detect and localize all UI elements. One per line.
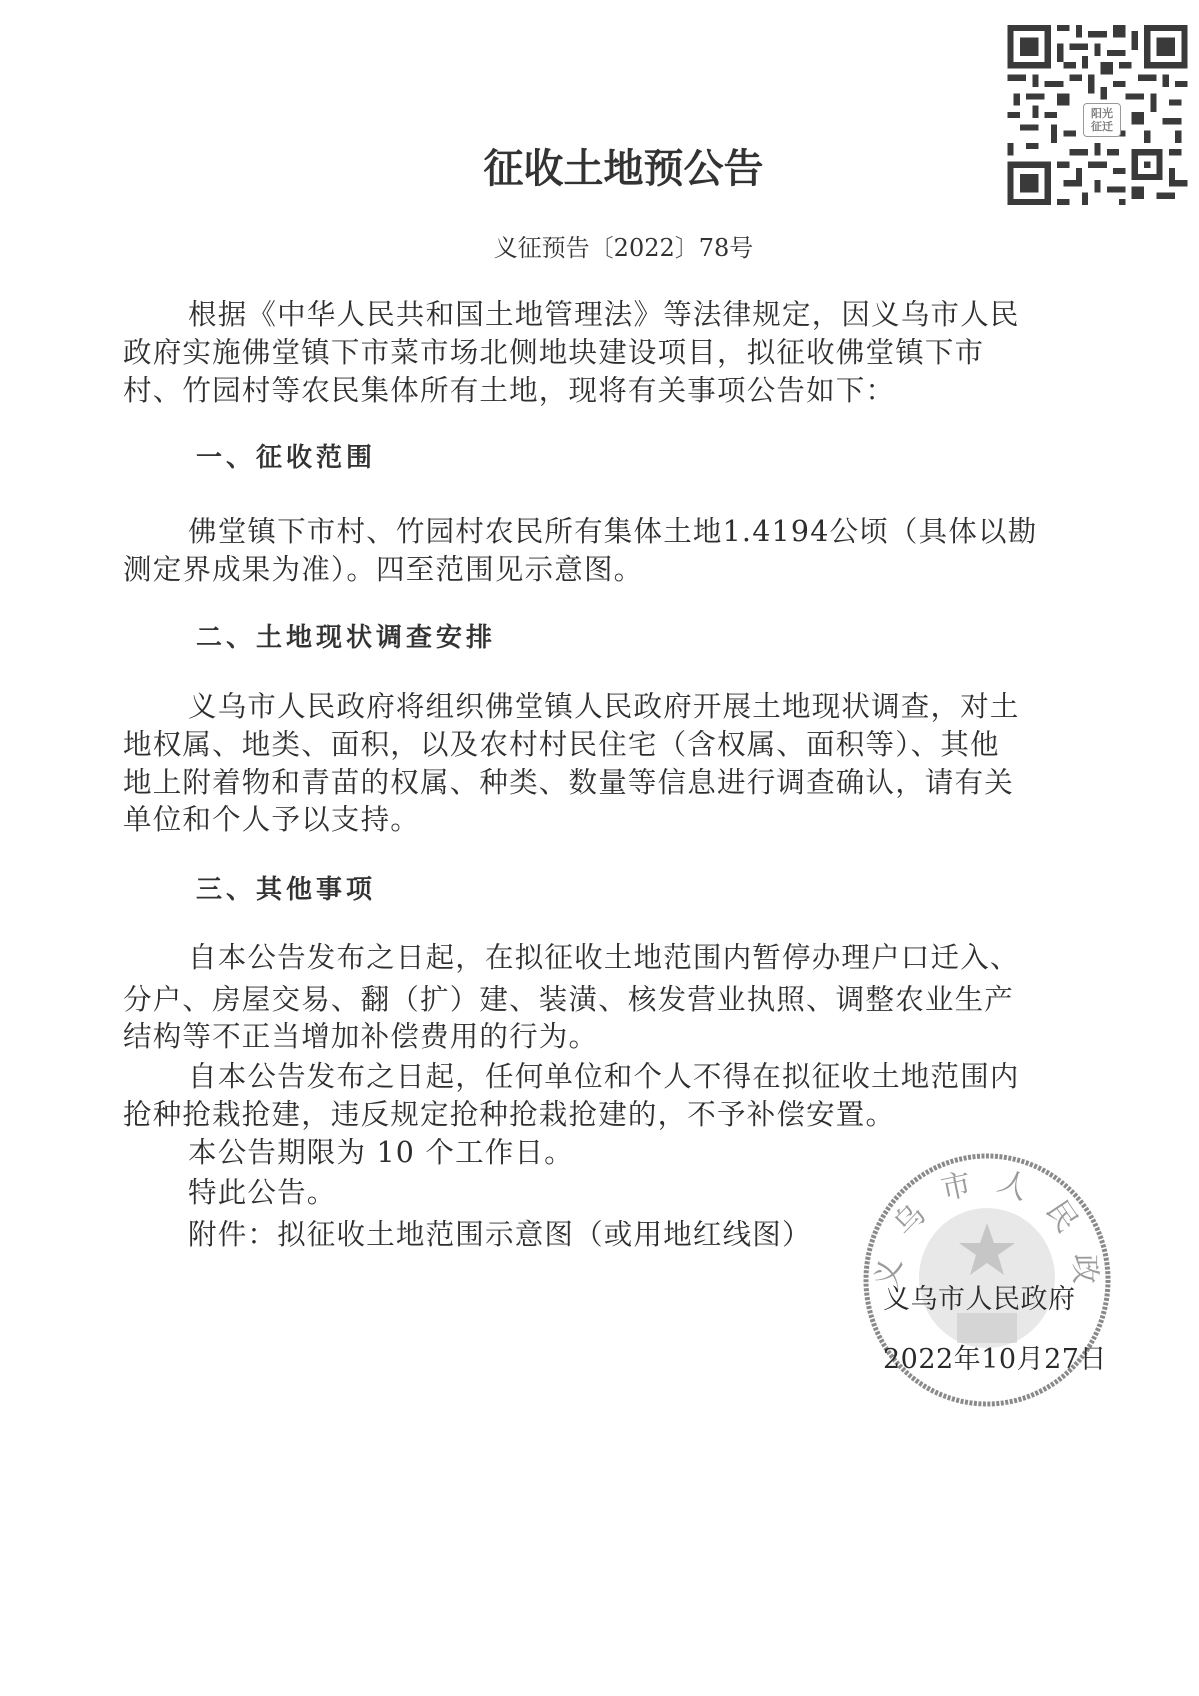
section-heading-survey: 二、土地现状调查安排: [196, 617, 496, 654]
section-heading-scope: 一、征收范围: [196, 437, 376, 474]
intro-line: 村、竹园村等农民集体所有土地，现将有关事项公告如下：: [123, 368, 895, 409]
section-heading-other: 三、其他事项: [196, 869, 376, 906]
section-2-line: 地权属、地类、面积，以及农村村民住宅（含权属、面积等）、其他: [123, 722, 1000, 763]
section-3-line: 抢种抢栽抢建，违反规定抢种抢栽抢建的，不予补偿安置。: [123, 1092, 895, 1133]
document-number: 义征预告〔2022〕78号: [0, 228, 1199, 263]
qr-badge-line2: 征迁: [1091, 120, 1113, 133]
qr-badge-line1: 阳光: [1091, 107, 1113, 120]
closing-statement: 特此公告。: [188, 1170, 337, 1211]
page-title: 征收土地预公告: [0, 137, 1199, 194]
qr-badge: 阳光 征迁: [1083, 103, 1121, 137]
intro-line: 政府实施佛堂镇下市菜市场北侧地块建设项目，拟征收佛堂镇下市: [123, 330, 984, 371]
section-1-line: 佛堂镇下市村、竹园村农民所有集体土地1.4194公顷（具体以勘: [188, 509, 1037, 550]
notice-period: 本公告期限为 10 个工作日。: [188, 1130, 574, 1171]
attachment-note: 附件：拟征收土地范围示意图（或用地红线图）: [188, 1212, 812, 1253]
section-3-line: 自本公告发布之日起，在拟征收土地范围内暂停办理户口迁入、: [188, 935, 1020, 976]
section-2-line: 单位和个人予以支持。: [123, 797, 420, 838]
section-2-line: 义乌市人民政府将组织佛堂镇人民政府开展土地现状调查，对土: [188, 684, 1020, 725]
issue-date: 2022年10月27日: [883, 1337, 1107, 1376]
section-1-line: 测定界成果为准）。四至范围见示意图。: [123, 547, 643, 588]
section-3-line: 结构等不正当增加补偿费用的行为。: [123, 1014, 598, 1055]
section-3-line: 分户、房屋交易、翻（扩）建、装潢、核发营业执照、调整农业生产: [123, 977, 1014, 1018]
section-2-line: 地上附着物和青苗的权属、种类、数量等信息进行调查确认，请有关: [123, 760, 1014, 801]
intro-line: 根据《中华人民共和国土地管理法》等法律规定，因义乌市人民: [188, 292, 1020, 333]
issuer-name: 义乌市人民政府: [883, 1277, 1076, 1316]
section-3-line: 自本公告发布之日起，任何单位和个人不得在拟征收土地范围内: [188, 1054, 1020, 1095]
